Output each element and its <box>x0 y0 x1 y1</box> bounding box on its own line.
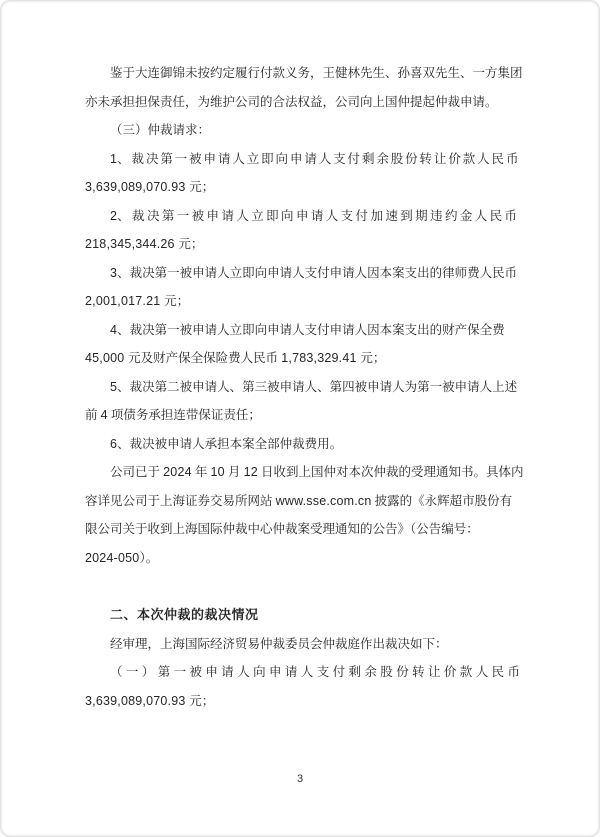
text-segment: 元； <box>360 351 385 365</box>
text-segment: 二、本次仲裁的裁决情况 <box>110 607 259 622</box>
text-segment: 10 <box>211 465 225 479</box>
text-segment: 年 <box>192 465 211 479</box>
document-body: 鉴于大连御锦未按约定履行付款义务，王健林先生、孙喜双先生、一方集团亦未承担担保责… <box>85 59 517 715</box>
document-line: 2,001,017.21 元； <box>85 287 517 316</box>
text-segment: 1,783,329.41 <box>281 351 360 365</box>
text-segment: 45,000 <box>85 351 128 365</box>
text-segment: 限公司关于收到上海国际仲裁中心仲裁案受理通知的公告》（公告编号： <box>85 522 479 536</box>
document-line: 2024-050）。 <box>85 544 517 573</box>
text-segment: 、裁决第一被申请人立即向申请人支付加速到期违约金人民币 <box>117 209 519 223</box>
text-segment: 4 <box>101 408 108 422</box>
text-segment: （三）仲裁请求： <box>110 123 210 137</box>
document-page: 鉴于大连御锦未按约定履行付款义务，王健林先生、孙喜双先生、一方集团亦未承担担保责… <box>0 0 600 837</box>
document-line: 公司已于 2024 年 10 月 12 日收到上国仲对本次仲裁的受理通知书。具体… <box>85 458 517 487</box>
document-line: 45,000 元及财产保全保险费人民币 1,783,329.41 元； <box>85 344 517 373</box>
text-segment: 218,345,344.26 <box>85 237 178 251</box>
text-segment: 元； <box>178 237 203 251</box>
text-segment: 披露的《永辉超市股份有 <box>372 494 513 508</box>
text-segment: 亦未承担担保责任，为维护公司的合法权益，公司向上国仲提起仲裁申请。 <box>85 95 498 109</box>
document-line: 1、裁决第一被申请人立即向申请人支付剩余股份转让价款人民币 <box>85 145 517 174</box>
document-line: 5、裁决第二被申请人、第三被申请人、第四被申请人为第一被申请人上述 <box>85 373 517 402</box>
document-line: 3,639,089,070.93 元； <box>85 687 517 716</box>
text-segment: 、裁决第一被申请人立即向申请人支付申请人因本案支出的财产保全费 <box>117 323 505 337</box>
text-segment: 2,001,017.21 <box>85 294 164 308</box>
text-segment: 元； <box>189 180 214 194</box>
text-segment: （一）第一被申请人向申请人支付剩余股份转让价款人民币 <box>110 665 523 679</box>
document-line: 2、裁决第一被申请人立即向申请人支付加速到期违约金人民币 <box>85 202 517 231</box>
text-segment: 经审理，上海国际经济贸易仲裁委员会仲裁庭作出裁决如下： <box>110 637 448 651</box>
document-line: （三）仲裁请求： <box>85 116 517 145</box>
text-segment: 月 <box>225 465 244 479</box>
document-line: 4、裁决第一被申请人立即向申请人支付申请人因本案支出的财产保全费 <box>85 316 517 345</box>
page-number: 3 <box>0 773 600 785</box>
document-line: 3、裁决第一被申请人立即向申请人支付申请人因本案支出的律师费人民币 <box>85 259 517 288</box>
text-segment: 、裁决被申请人承担本案全部仲裁费用。 <box>117 437 342 451</box>
text-segment: 12 <box>244 465 258 479</box>
document-line: 二、本次仲裁的裁决情况 <box>85 601 517 630</box>
text-segment: 元； <box>164 294 189 308</box>
text-segment: 日收到上国仲对本次仲裁的受理通知书。具体内 <box>258 465 524 479</box>
document-line: （一）第一被申请人向申请人支付剩余股份转让价款人民币 <box>85 658 517 687</box>
document-line: 经审理，上海国际经济贸易仲裁委员会仲裁庭作出裁决如下： <box>85 630 517 659</box>
document-line: 218,345,344.26 元； <box>85 230 517 259</box>
text-segment: www.sse.com.cn <box>276 494 372 508</box>
text-segment: 、裁决第一被申请人立即向申请人支付剩余股份转让价款人民币 <box>117 152 520 166</box>
document-line: 亦未承担担保责任，为维护公司的合法权益，公司向上国仲提起仲裁申请。 <box>85 88 517 117</box>
document-line: 6、裁决被申请人承担本案全部仲裁费用。 <box>85 430 517 459</box>
text-segment: 、裁决第一被申请人立即向申请人支付申请人因本案支出的律师费人民币 <box>117 266 517 280</box>
document-line: 限公司关于收到上海国际仲裁中心仲裁案受理通知的公告》（公告编号： <box>85 515 517 544</box>
text-segment: 前 <box>85 408 101 422</box>
text-segment: 3,639,089,070.93 <box>85 694 189 708</box>
text-segment: 公司已于 <box>110 465 163 479</box>
text-segment: 2024 <box>163 465 192 479</box>
text-segment: 、裁决第二被申请人、第三被申请人、第四被申请人为第一被申请人上述 <box>117 380 517 394</box>
text-segment: ）。 <box>139 551 158 565</box>
text-segment: 元； <box>189 694 214 708</box>
document-line: 前 4 项债务承担连带保证责任； <box>85 401 517 430</box>
document-line: 鉴于大连御锦未按约定履行付款义务，王健林先生、孙喜双先生、一方集团 <box>85 59 517 88</box>
text-segment: 3,639,089,070.93 <box>85 180 189 194</box>
text-segment: 元及财产保全保险费人民币 <box>128 351 281 365</box>
text-segment: 容详见公司于上海证券交易所网站 <box>85 494 276 508</box>
text-segment: 2024-050 <box>85 551 139 565</box>
document-line: 容详见公司于上海证券交易所网站 www.sse.com.cn 披露的《永辉超市股… <box>85 487 517 516</box>
text-segment: 鉴于大连御锦未按约定履行付款义务，王健林先生、孙喜双先生、一方集团 <box>110 66 523 80</box>
text-segment: 项债务承担连带保证责任； <box>108 408 261 422</box>
document-line: 3,639,089,070.93 元； <box>85 173 517 202</box>
